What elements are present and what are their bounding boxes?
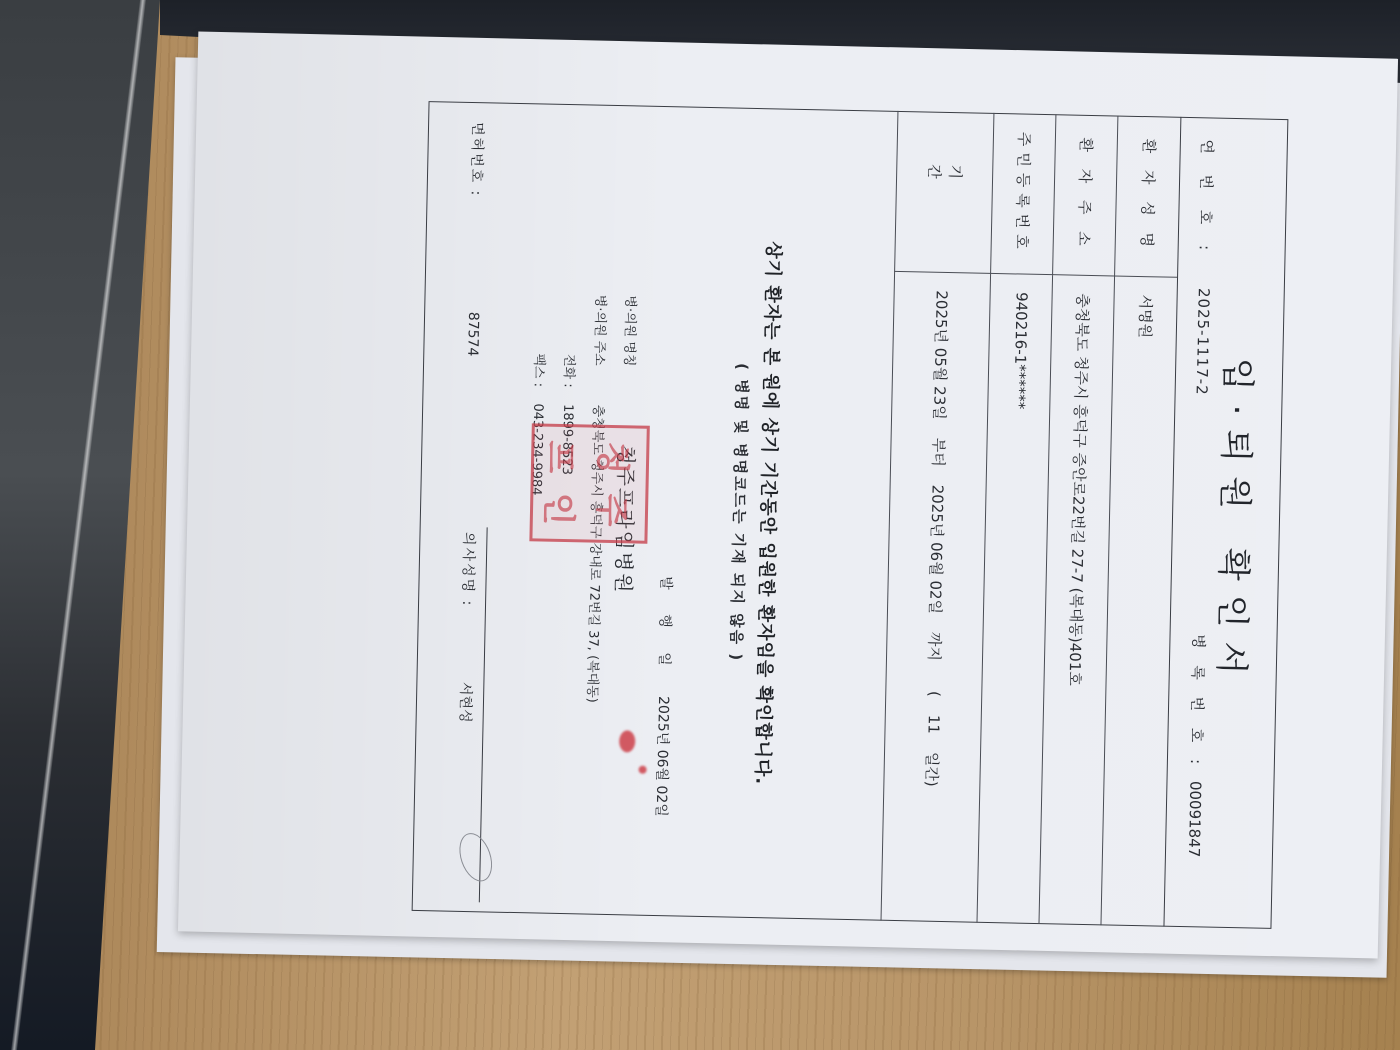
period-from: 부터 <box>929 437 951 466</box>
row-label: 환 자 주 소 <box>1053 114 1118 275</box>
serial-number: 연 번 호 : 2025-1117-2 <box>1192 139 1218 396</box>
tel-label: 전화 : <box>552 354 583 405</box>
serial-value: 2025-1117-2 <box>1193 288 1213 396</box>
license-label: 면허번호 : <box>468 122 486 198</box>
title-block: 입·퇴원 확인서 연 번 호 : 2025-1117-2 병 록 번 호 : 0… <box>1163 117 1288 929</box>
seal-char: 인 <box>537 484 587 533</box>
table-row: 기 간 2025년 05월 23일 부터 2025년 06월 02일 까지 ( … <box>882 111 995 923</box>
row-label: 기 간 <box>895 111 994 273</box>
admission-period: 2025년 05월 23일 부터 2025년 06월 02일 까지 ( 11 일… <box>882 271 992 923</box>
period-start: 2025년 05월 23일 <box>930 290 954 420</box>
period-to: 까지 <box>924 632 946 661</box>
issue-value: 2025년 06월 02일 <box>653 696 672 817</box>
issue-label: 발 행 일 <box>656 576 674 676</box>
row-label: 주민등록번호 <box>991 113 1056 274</box>
seal-char: 주 <box>590 486 640 535</box>
period-end: 2025년 06월 02일 <box>925 484 949 614</box>
doctor-label: 의사성명 : <box>459 532 477 608</box>
serial-label: 연 번 호 : <box>1195 139 1215 258</box>
period-open-paren: ( <box>925 691 943 697</box>
period-days-suffix: 일간) <box>922 752 944 787</box>
period-days: 11 <box>924 715 942 734</box>
admission-discharge-certificate: 입·퇴원 확인서 연 번 호 : 2025-1117-2 병 록 번 호 : 0… <box>412 101 1289 929</box>
fax-label: 팩스 : <box>522 353 553 404</box>
license-value: 87574 <box>464 312 481 357</box>
row-label: 환 자 성 명 <box>1115 116 1180 277</box>
doctor-value: 서현성 <box>456 682 477 723</box>
hospital-name-label: 병·의원 명칭 <box>612 295 644 406</box>
seal-char: 청 <box>591 434 641 483</box>
registration-label: 병 록 번 호 : <box>1187 634 1208 770</box>
seal-char: 프 <box>538 432 588 481</box>
hospital-address-label: 병·의원 주소 <box>582 294 614 405</box>
registration-value: 00091847 <box>1185 781 1205 858</box>
hospital-seal-stamp: 청 주 프 인 <box>529 423 649 543</box>
patient-info-table: 환 자 성 명 서명원 환 자 주 소 충청북도 청주시 흥덕구 증안로22번길… <box>881 111 1180 927</box>
